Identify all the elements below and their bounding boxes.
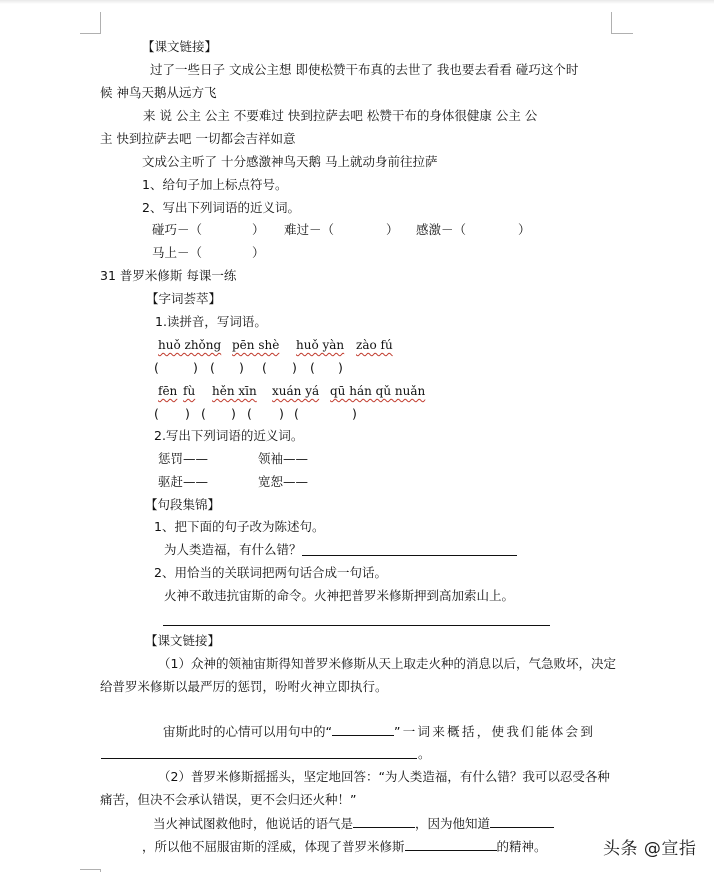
paragraph-line: （2）普罗米修斯摇摇头，坚定地回答：“为人类造福，有什么错？我可以忍受各种 [158,768,610,786]
question-read-pinyin: 1.读拼音，写词语。 [155,313,267,331]
answer-line[interactable] [163,625,550,626]
question-punctuation: 1、给句子加上标点符号。 [142,176,287,194]
answer-bracket: ( [247,405,252,423]
paragraph-line: 痛苦，但决不会承认错误，更不会归还火种！” [100,791,356,809]
answer-bracket: ) [352,405,357,423]
answer-bracket: ( [201,405,206,423]
pinyin-word: qū hán qǔ nuǎn [330,382,425,400]
paragraph-line: （1）众神的领袖宙斯得知普罗米修斯从天上取走火种的消息以后，气急败坏，决定 [158,655,616,673]
window-top-edge [0,0,714,4]
answer-bracket: ) [239,359,244,377]
answer-bracket: ( [262,359,267,377]
pinyin-word: hěn xīn [212,382,257,400]
answer-blank[interactable] [405,837,497,851]
question-sentence: 火神不敢违抗宙斯的命令。火神把普罗米修斯押到高加索山上。 [164,587,514,605]
pinyin-word: huǒ yàn [296,336,344,354]
answer-line[interactable] [302,555,517,556]
answer-bracket: ( [294,405,299,423]
question-sentence: 为人类造福，有什么错？ [164,541,302,559]
paragraph-line: 来 说 公主 公主 不要难过 快到拉萨去吧 松赞干布的身体很健康 公主 公 [143,107,537,125]
question-text: ，所以他不屈服宙斯的淫威，体现了普罗米修斯的精神。 [142,837,547,856]
question-conjunction: 2、用恰当的关联词把两句话合成一句话。 [154,564,387,582]
pinyin-word: pēn shè [232,336,279,354]
answer-bracket: ( [310,359,315,377]
question-text: 宙斯此时的心情可以用句中的“”一词来概括，使我们能体会到 [163,722,595,741]
synonym-close: ） [252,244,265,262]
synonym-item: 难过－（ [284,221,334,239]
pinyin-word: xuán yá [272,382,319,400]
question-text: 当火神试图救他时，他说话的语气是，因为他知道 [153,814,554,833]
synonym-item: 惩罚—— [158,450,208,468]
pinyin-word: fēn [158,382,177,400]
answer-line[interactable] [101,758,417,759]
paragraph-line: 给普罗米修斯以最严厉的惩罚，吩咐火神立即执行。 [100,678,388,696]
period: 。 [418,745,431,763]
answer-bracket: ( [154,405,159,423]
answer-blank[interactable] [332,722,394,736]
answer-bracket: ) [193,359,198,377]
page-corner-mark-top-left [80,12,101,34]
paragraph-line: 过了一些日子 文成公主想 即使松赞干布真的去世了 我也要去看看 碰巧这个时 [150,61,613,79]
pinyin-word: huǒ zhǒng [158,336,221,354]
section-heading-text-link-2: 【课文链接】 [145,632,220,650]
section-heading-vocabulary: 【字词荟萃】 [146,290,221,308]
synonym-item: 马上－（ [152,244,202,262]
answer-bracket: ( [210,359,215,377]
synonym-item: 宽恕—— [258,473,308,491]
section-heading-sentences: 【句段集锦】 [145,496,220,514]
synonym-item: 碰巧－（ [152,221,202,239]
lesson-title: 31 普罗米修斯 每课一练 [100,267,236,285]
watermark-text: 头条 @宣指 [603,834,696,859]
answer-bracket: ( [154,359,159,377]
answer-bracket: ) [231,405,236,423]
pinyin-word: fù [183,382,195,400]
question-declarative: 1、把下面的句子改为陈述句。 [154,518,324,536]
paragraph-line: 主 快到拉萨去吧 一切都会吉祥如意 [100,130,295,148]
answer-bracket: ) [292,359,297,377]
synonym-close: ） [252,221,265,239]
paragraph-line: 候 神鸟天鹅从远方飞 [100,84,216,102]
answer-bracket: ) [338,359,343,377]
synonym-item: 感激－（ [416,221,466,239]
answer-bracket: ) [279,405,284,423]
question-synonyms-2: 2.写出下列词语的近义词。 [154,427,303,445]
section-heading-text-link: 【课文链接】 [142,38,217,56]
answer-bracket: ) [185,405,190,423]
synonym-item: 驱赶—— [158,473,208,491]
answer-blank[interactable] [490,814,554,828]
page-corner-mark-top-right [611,12,633,34]
synonym-item: 领袖—— [258,450,308,468]
synonym-close: ） [518,221,531,239]
synonym-close: ） [386,221,399,239]
pinyin-word: zào fú [356,336,393,354]
answer-blank[interactable] [353,814,415,828]
paragraph-line: 文成公主听了 十分感激神鸟天鹅 马上就动身前往拉萨 [142,153,437,171]
question-synonyms: 2、写出下列词语的近义词。 [142,199,300,217]
